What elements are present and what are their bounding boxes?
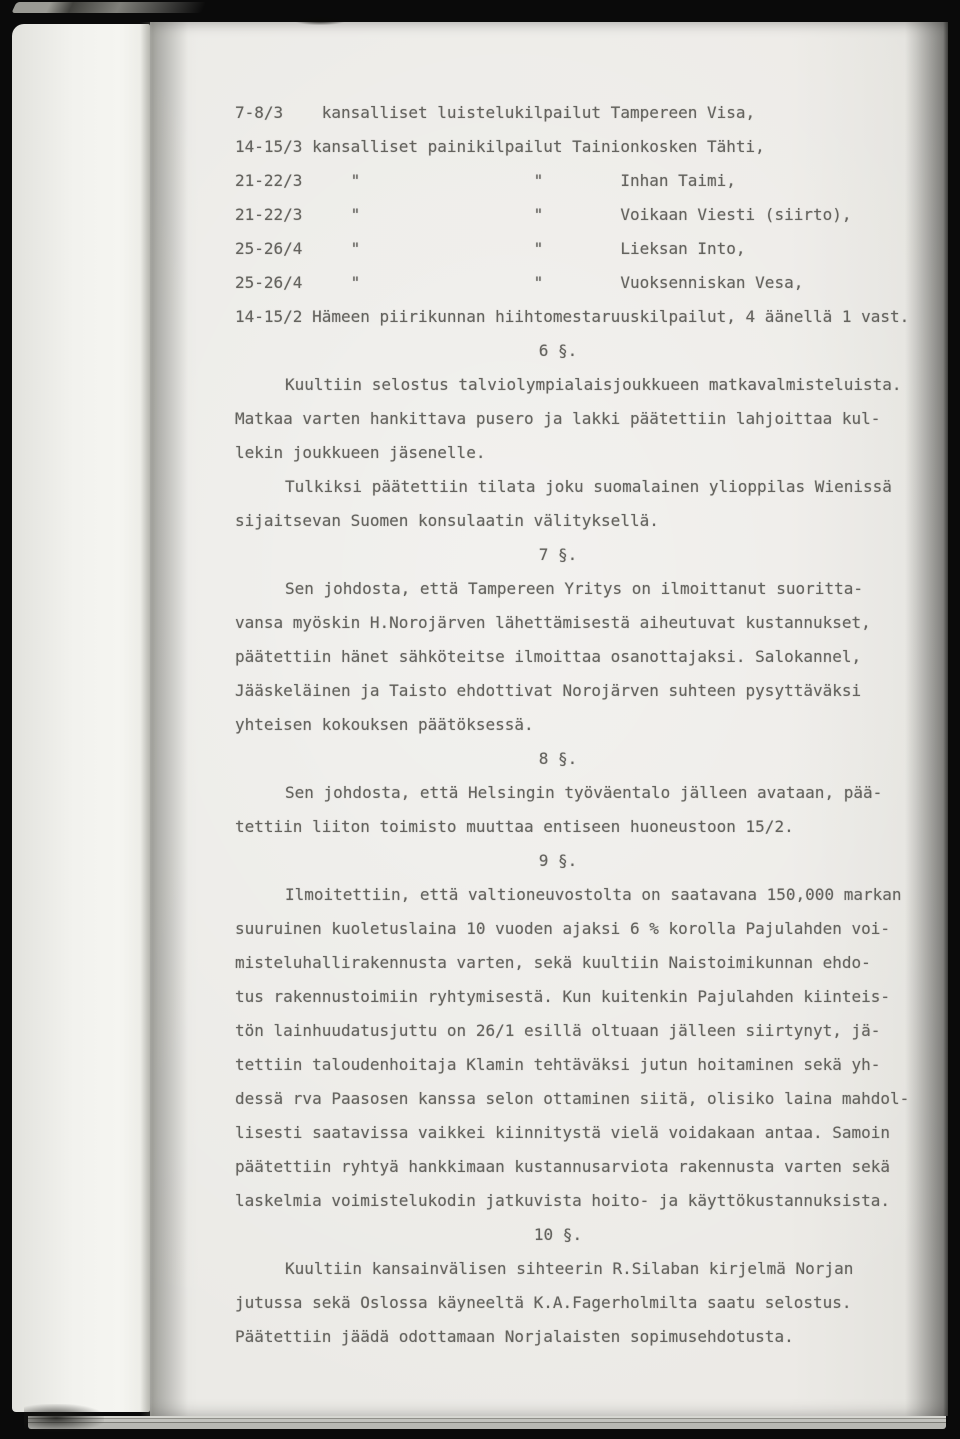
text-line: Sen johdosta, että Helsingin työväentalo… — [235, 776, 911, 810]
text-line: misteluhallirakennusta varten, sekä kuul… — [235, 946, 911, 980]
text-line: tettiin taloudenhoitaja Klamin tehtäväks… — [235, 1048, 911, 1082]
scan-artifact-top-left — [11, 2, 206, 13]
text-line: Ilmoitettiin, että valtioneuvostolta on … — [235, 878, 911, 912]
text-line: Matkaa varten hankittava pusero ja lakki… — [235, 402, 911, 436]
text-line: tus rakennustoimiin ryhtymisestä. Kun ku… — [235, 980, 911, 1014]
text-line: yhteisen kokouksen päätöksessä. — [235, 708, 911, 742]
text-line: 7 §. — [235, 538, 911, 572]
text-line: Kuultiin selostus talviolympialaisjoukku… — [235, 368, 911, 402]
page-stack-edge — [28, 1416, 946, 1429]
text-line: 7-8/3 kansalliset luistelukilpailut Tamp… — [235, 96, 911, 130]
scan-smudge-top — [295, 16, 345, 25]
text-line: Päätettiin jäädä odottamaan Norjalaisten… — [235, 1320, 911, 1354]
text-line: päätettiin hänet sähköteitse ilmoittaa o… — [235, 640, 911, 674]
text-line: 14-15/2 Hämeen piirikunnan hiihtomestaru… — [235, 300, 911, 334]
text-line: sijaitsevan Suomen konsulaatin välitykse… — [235, 504, 911, 538]
text-line: 21-22/3 " " Voikaan Viesti (siirto), — [235, 198, 911, 232]
text-line: vansa myöskin H.Norojärven lähettämisest… — [235, 606, 911, 640]
text-line: tettiin liiton toimisto muuttaa entiseen… — [235, 810, 911, 844]
text-line: suuruinen kuoletuslaina 10 vuoden ajaksi… — [235, 912, 911, 946]
text-line: 21-22/3 " " Inhan Taimi, — [235, 164, 911, 198]
text-line: dessä rva Paasosen kanssa selon ottamine… — [235, 1082, 911, 1116]
text-line: 10 §. — [235, 1218, 911, 1252]
text-line: jutussa sekä Oslossa käyneeltä K.A.Fager… — [235, 1286, 911, 1320]
text-line: 6 §. — [235, 334, 911, 368]
text-line: päätettiin ryhtyä hankkimaan kustannusar… — [235, 1150, 911, 1184]
text-line: Jääskeläinen ja Taisto ehdottivat Norojä… — [235, 674, 911, 708]
text-line: lekin joukkueen jäsenelle. — [235, 436, 911, 470]
text-line: laskelmia voimistelukodin jatkuvista hoi… — [235, 1184, 911, 1218]
text-line: 14-15/3 kansalliset painikilpailut Taini… — [235, 130, 911, 164]
text-line: 8 §. — [235, 742, 911, 776]
scan-smudge-bottom-left — [24, 1404, 104, 1432]
text-block: 7-8/3 kansalliset luistelukilpailut Tamp… — [235, 96, 911, 1354]
text-line: Tulkiksi päätettiin tilata joku suomalai… — [235, 470, 911, 504]
text-line: tön lainhuudatusjuttu on 26/1 esillä olt… — [235, 1014, 911, 1048]
text-line: 25-26/4 " " Vuoksenniskan Vesa, — [235, 266, 911, 300]
previous-page-edge — [12, 24, 150, 1412]
text-line: 25-26/4 " " Lieksan Into, — [235, 232, 911, 266]
text-line: 9 §. — [235, 844, 911, 878]
text-line: lisesti saatavissa vaikkei kiinnitystä v… — [235, 1116, 911, 1150]
text-line: Kuultiin kansainvälisen sihteerin R.Sila… — [235, 1252, 911, 1286]
text-line: Sen johdosta, että Tampereen Yritys on i… — [235, 572, 911, 606]
